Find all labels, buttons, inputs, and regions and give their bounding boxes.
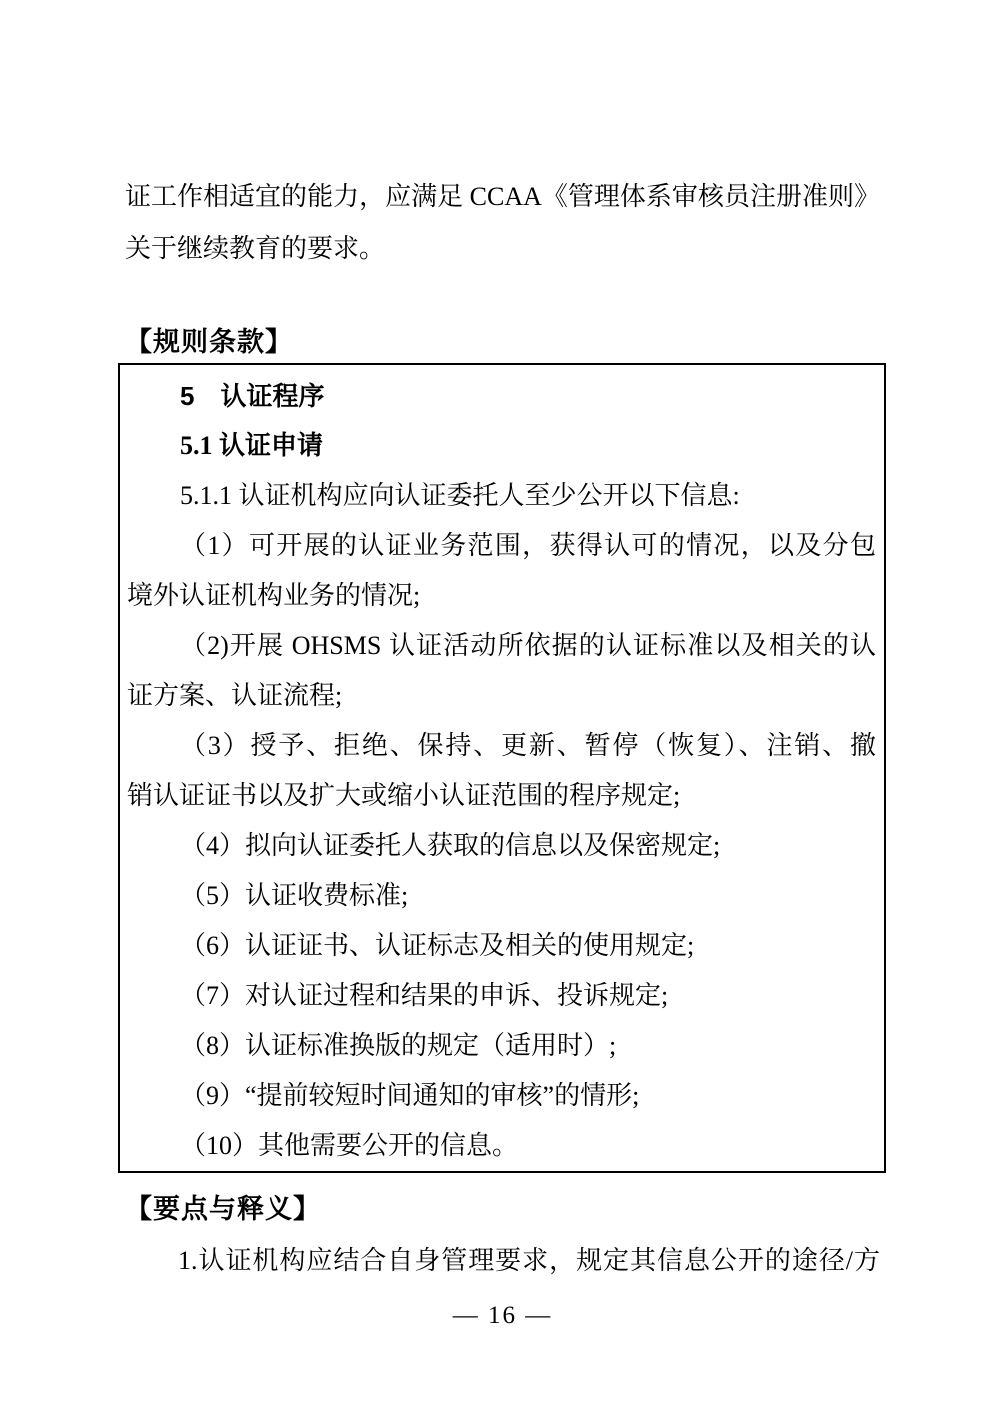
intro-paragraph: 证工作相适宜的能力，应满足 CCAA《管理体系审核员注册准则》 关于继续教育的要… — [125, 171, 880, 275]
box-item-10: （10）其他需要公开的信息。 — [127, 1121, 876, 1171]
box-item-5: （5）认证收费标准; — [127, 871, 876, 921]
box-item-7: （7）对认证过程和结果的申诉、投诉规定; — [127, 971, 876, 1021]
box-item-2: （2)开展 OHSMS 认证活动所依据的认证标准以及相关的认 — [127, 621, 876, 671]
box-item-2-cont: 证方案、认证流程; — [127, 671, 876, 721]
page-content: 证工作相适宜的能力，应满足 CCAA《管理体系审核员注册准则》 关于继续教育的要… — [125, 0, 880, 1331]
intro-line-2: 关于继续教育的要求。 — [125, 223, 880, 275]
box-subtitle: 5.1 认证申请 — [127, 421, 876, 471]
box-title: 5 认证程序 — [127, 371, 876, 421]
box-item-3: （3）授予、拒绝、保持、更新、暂停（恢复）、注销、撤 — [127, 721, 876, 771]
intro-line-1: 证工作相适宜的能力，应满足 CCAA《管理体系审核员注册准则》 — [125, 171, 880, 223]
notes-line-1: 1.认证机构应结合自身管理要求，规定其信息公开的途径/方 — [125, 1235, 880, 1287]
document-page: 证工作相适宜的能力，应满足 CCAA《管理体系审核员注册准则》 关于继续教育的要… — [0, 0, 1000, 1414]
notes-paragraph: 1.认证机构应结合自身管理要求，规定其信息公开的途径/方 — [125, 1235, 880, 1287]
box-clause-5-1-1: 5.1.1 认证机构应向认证委托人至少公开以下信息: — [127, 471, 876, 521]
box-item-9: （9）“提前较短时间通知的审核”的情形; — [127, 1071, 876, 1121]
page-number: — 16 — — [125, 1301, 880, 1331]
rule-clause-box: 5 认证程序 5.1 认证申请 5.1.1 认证机构应向认证委托人至少公开以下信… — [118, 363, 886, 1173]
notes-section-header: 【要点与释义】 — [125, 1191, 880, 1227]
rule-section-header: 【规则条款】 — [125, 324, 880, 360]
box-item-8: （8）认证标准换版的规定（适用时）; — [127, 1021, 876, 1071]
box-item-1: （1）可开展的认证业务范围，获得认可的情况，以及分包 — [127, 521, 876, 571]
box-item-1-cont: 境外认证机构业务的情况; — [127, 571, 876, 621]
box-item-6: （6）认证证书、认证标志及相关的使用规定; — [127, 921, 876, 971]
box-item-3-cont: 销认证证书以及扩大或缩小认证范围的程序规定; — [127, 771, 876, 821]
box-item-4: （4）拟向认证委托人获取的信息以及保密规定; — [127, 821, 876, 871]
